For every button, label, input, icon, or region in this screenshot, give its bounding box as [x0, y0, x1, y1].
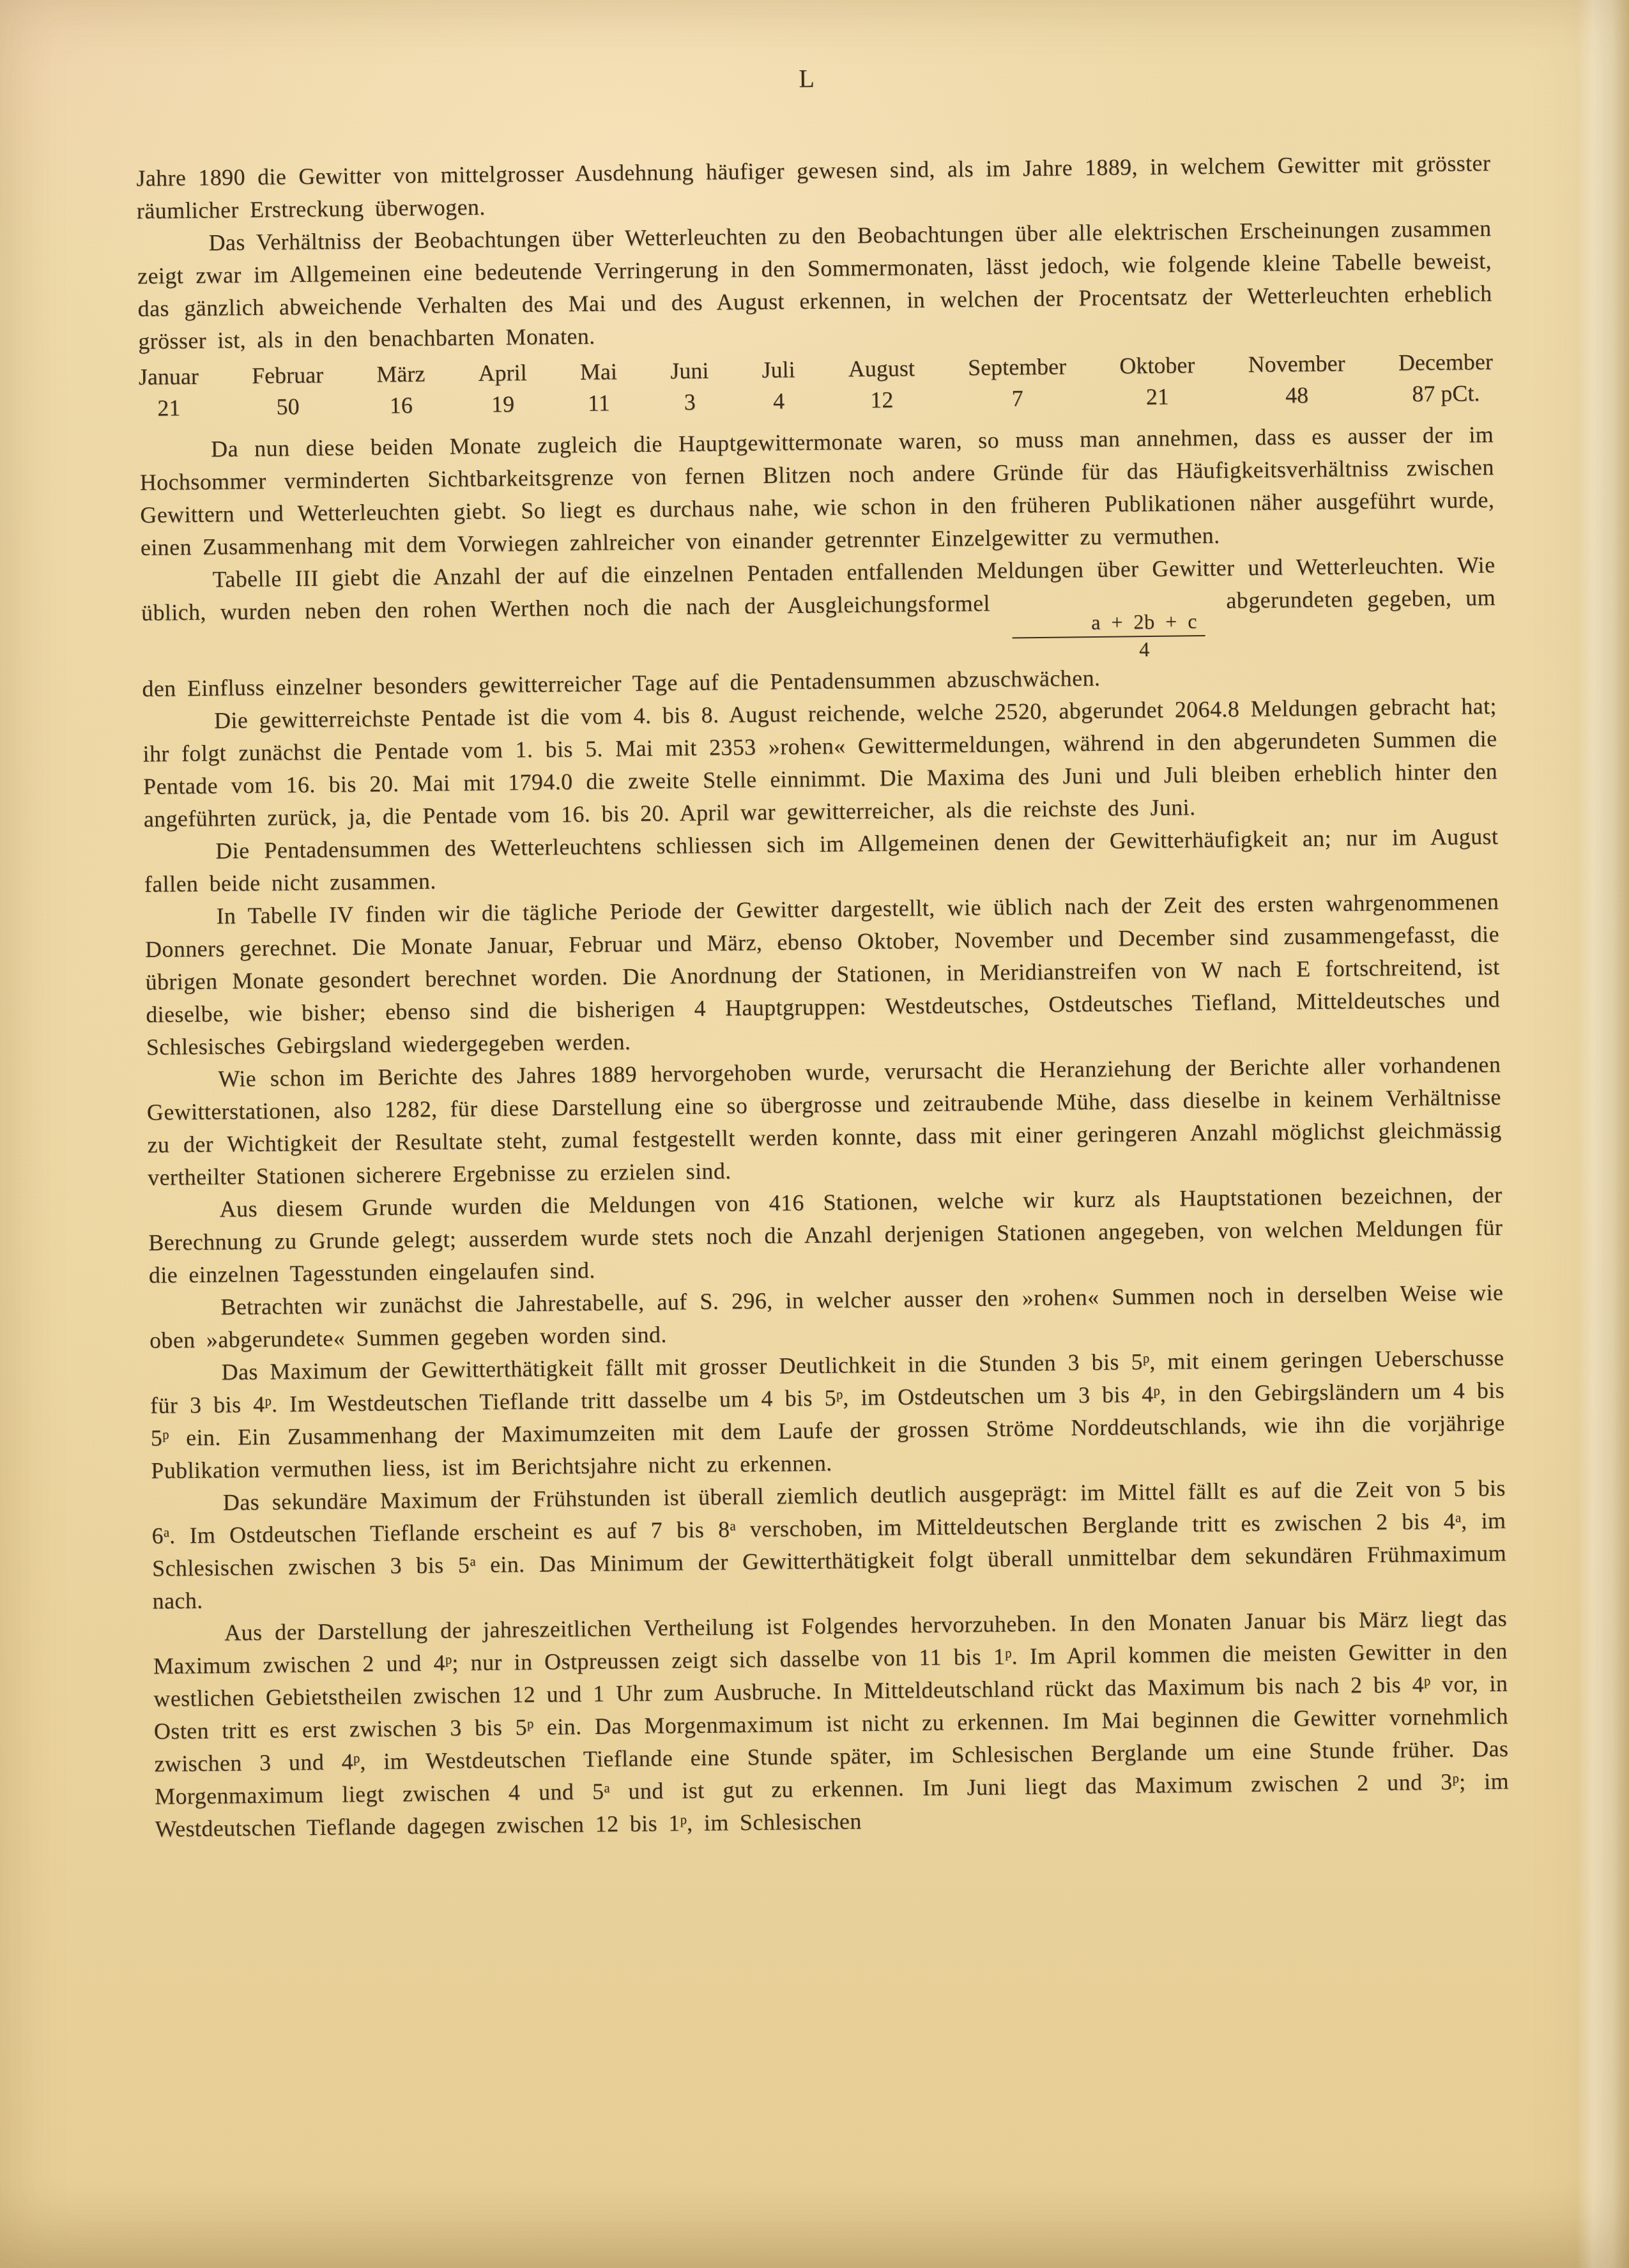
- text-block: Jahre 1890 die Gewitter von mittelgrosse…: [136, 147, 1510, 1846]
- month-name: December: [1398, 346, 1493, 379]
- month-value: 4: [762, 385, 796, 417]
- paragraph: Die gewitterreichste Pentade ist die vom…: [142, 690, 1498, 836]
- month-name: August: [848, 352, 915, 385]
- month-cell: Februar50: [252, 359, 324, 422]
- page-header-letter: L: [135, 56, 1479, 101]
- paragraph: Da nun diese beiden Monate zugleich die …: [139, 418, 1495, 564]
- hour-superscript: p: [1424, 1673, 1431, 1688]
- fraction-formula: a + 2b + c4: [1012, 611, 1205, 663]
- hour-superscript: p: [162, 1427, 169, 1442]
- hour-superscript: p: [527, 1715, 534, 1731]
- month-name: Januar: [139, 360, 199, 393]
- hour-superscript: p: [264, 1393, 271, 1408]
- paragraph: In Tabelle IV finden wir die tägliche Pe…: [144, 885, 1501, 1064]
- month-name: November: [1248, 348, 1345, 381]
- month-name: Juni: [670, 355, 709, 387]
- month-cell: August12: [848, 352, 915, 415]
- month-name: Oktober: [1119, 349, 1195, 381]
- paragraph: Das Verhältniss der Beobachtungen über W…: [137, 212, 1492, 358]
- month-cell: Juni3: [670, 355, 709, 418]
- month-name: Februar: [252, 359, 324, 392]
- hour-superscript: a: [604, 1780, 610, 1795]
- month-value: 21: [139, 392, 199, 424]
- month-name: Mai: [580, 355, 618, 388]
- hour-superscript: a: [470, 1553, 476, 1568]
- month-percentage-table: Januar21Februar50März16April19Mai11Juni3…: [139, 346, 1494, 424]
- paragraph: Aus der Darstellung der jahreszeitlichen…: [153, 1602, 1510, 1846]
- month-value: 3: [671, 387, 710, 418]
- hour-superscript: p: [1143, 1350, 1150, 1365]
- month-value: 21: [1120, 381, 1196, 412]
- hour-superscript: p: [836, 1386, 843, 1402]
- month-name: Juli: [761, 353, 795, 386]
- month-value: 16: [377, 390, 426, 421]
- hour-superscript: a: [730, 1518, 736, 1533]
- hour-superscript: p: [680, 1812, 687, 1827]
- month-cell: December87 pCt.: [1398, 346, 1494, 410]
- month-cell: April19: [478, 356, 527, 420]
- paragraph: Wie schon im Berichte des Jahres 1889 he…: [146, 1048, 1502, 1194]
- month-name: April: [478, 356, 527, 389]
- hour-superscript: a: [1455, 1510, 1462, 1525]
- month-cell: Juli4: [761, 353, 795, 417]
- hour-superscript: p: [445, 1651, 452, 1667]
- hour-superscript: p: [1153, 1383, 1160, 1398]
- month-cell: September7: [968, 350, 1067, 414]
- month-name: März: [376, 358, 425, 390]
- hour-superscript: a: [164, 1524, 170, 1540]
- month-value: 11: [580, 387, 618, 418]
- month-cell: Oktober21: [1119, 349, 1195, 412]
- month-cell: März16: [376, 358, 425, 421]
- hour-superscript: p: [1452, 1770, 1459, 1786]
- month-value: 87 pCt.: [1398, 378, 1493, 410]
- paragraph: Das sekundäre Maximum der Frühstunden is…: [151, 1472, 1507, 1618]
- month-value: 7: [968, 382, 1066, 414]
- hour-superscript: p: [1005, 1645, 1012, 1660]
- paragraph: Aus diesem Grunde wurden die Meldungen v…: [148, 1179, 1503, 1292]
- fraction-numerator: a + 2b + c: [1012, 611, 1205, 638]
- month-cell: Januar21: [139, 360, 199, 424]
- month-cell: November48: [1248, 348, 1345, 411]
- page-content: L Jahre 1890 die Gewitter von mittelgros…: [0, 0, 1629, 1847]
- month-value: 19: [478, 388, 528, 420]
- paragraph: Das Maximum der Gewitterthätigkeit fällt…: [149, 1342, 1505, 1487]
- paragraph: Tabelle III giebt die Anzahl der auf die…: [141, 549, 1496, 705]
- fraction-denominator: 4: [1012, 636, 1205, 663]
- month-value: 50: [252, 391, 324, 422]
- hour-superscript: p: [353, 1750, 360, 1765]
- document-page: L Jahre 1890 die Gewitter von mittelgros…: [0, 0, 1629, 2268]
- month-cell: Mai11: [580, 355, 618, 418]
- month-value: 48: [1248, 379, 1345, 411]
- month-name: September: [968, 350, 1067, 383]
- month-value: 12: [848, 384, 915, 415]
